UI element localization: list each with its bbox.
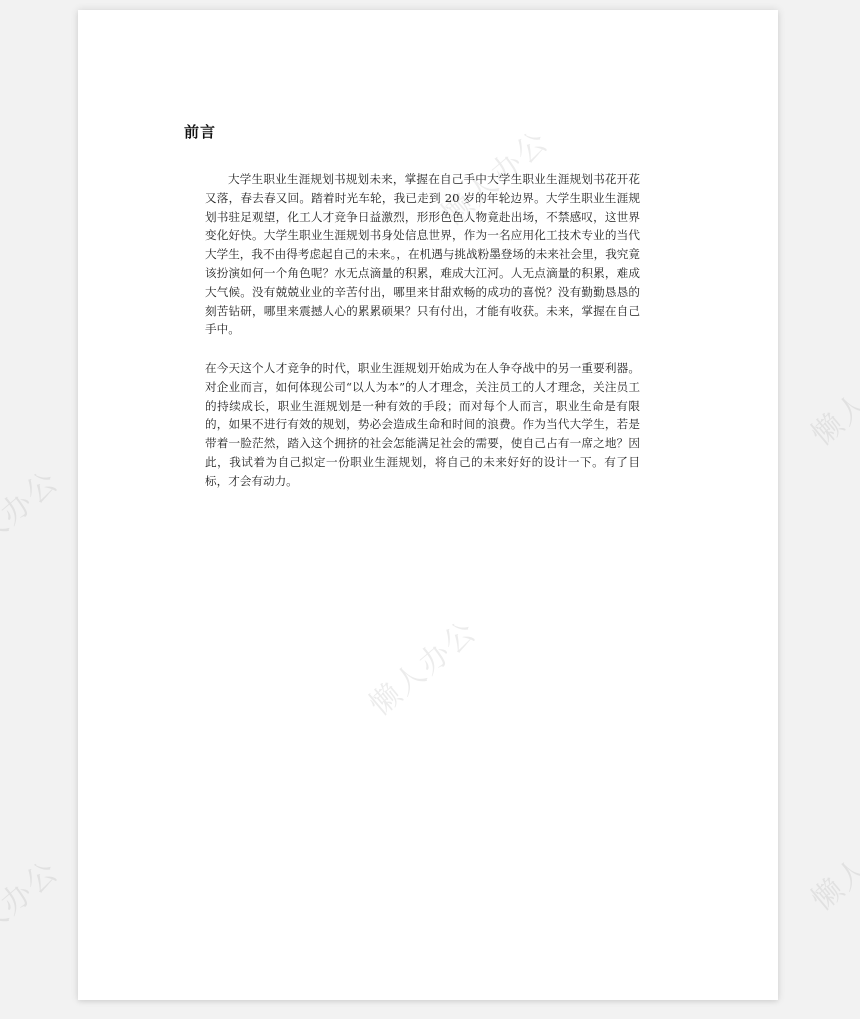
watermark-text: 懒人办公 — [0, 848, 66, 964]
watermark-text: 懒人办公 — [800, 338, 860, 454]
paragraph-2: 在今天这个人才竞争的时代，职业生涯规划开始成为在人争夺战中的另一重要利器。对企业… — [205, 359, 640, 491]
section-title: 前言 — [184, 121, 216, 142]
watermark-text: 懒人办公 — [800, 803, 860, 919]
watermark-text: 懒人办公 — [0, 458, 66, 574]
document-page: 前言 大学生职业生涯规划书规划未来，掌握在自己手中大学生职业生涯规划书花开花又落… — [78, 10, 778, 1000]
paragraph-1: 大学生职业生涯规划书规划未来，掌握在自己手中大学生职业生涯规划书花开花又落，春去… — [205, 170, 640, 339]
